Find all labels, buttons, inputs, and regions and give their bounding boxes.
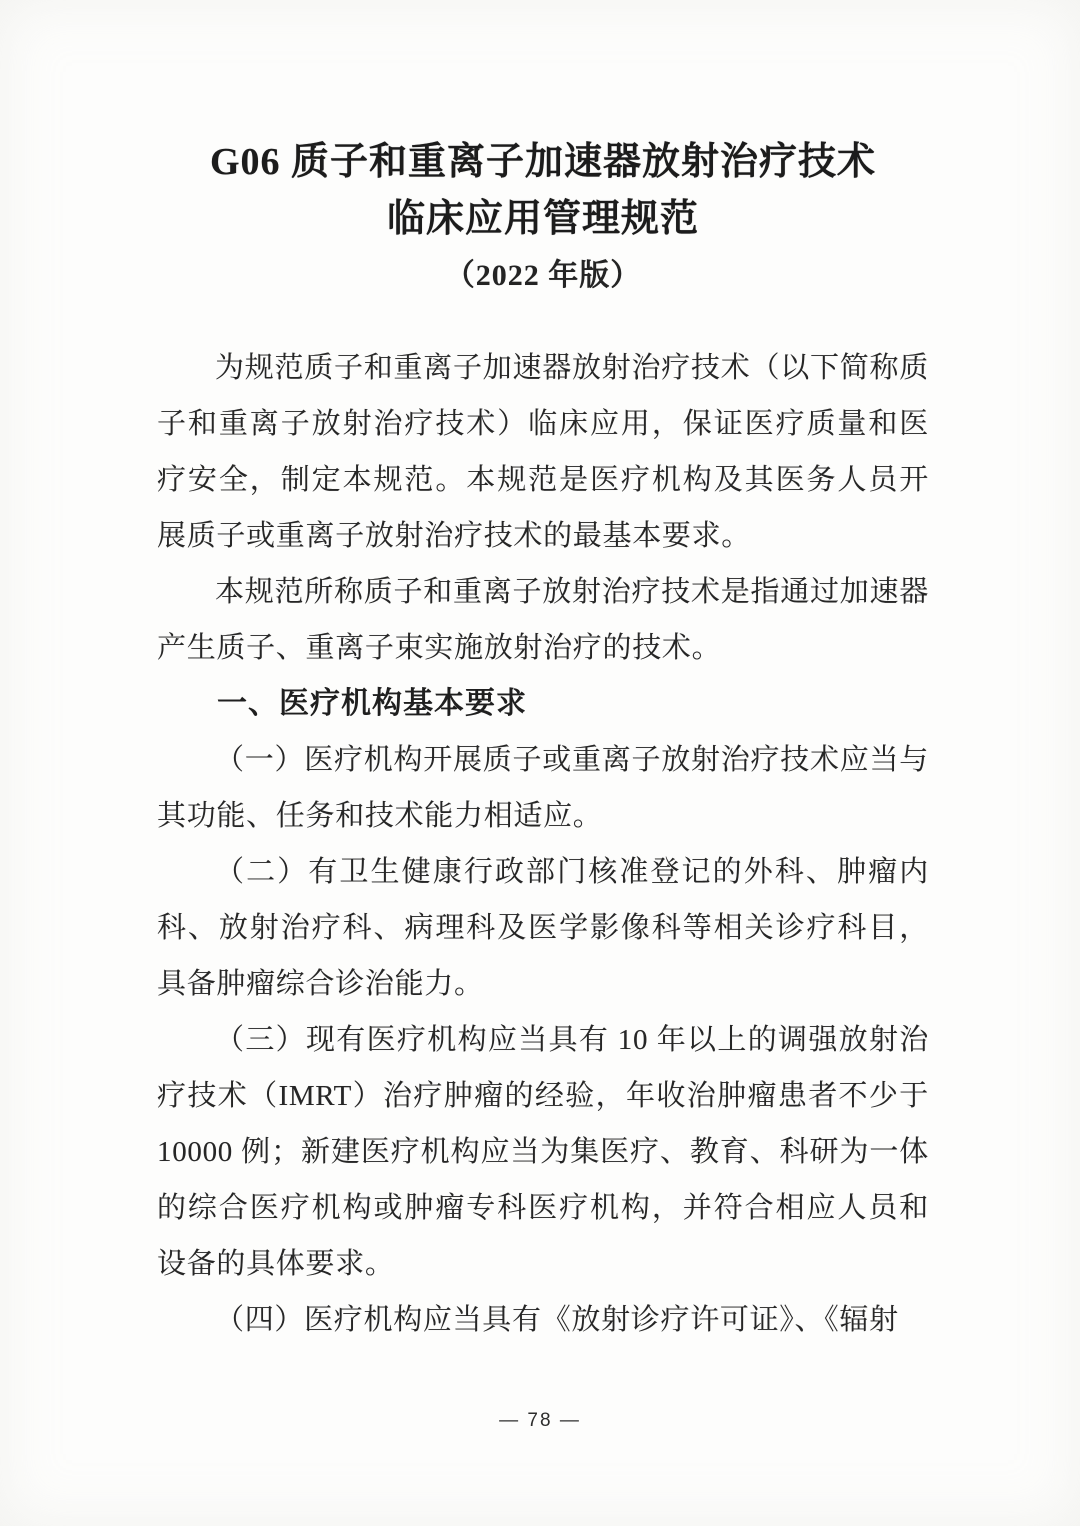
- document-title-line2: 临床应用管理规范: [157, 191, 929, 248]
- document-title-line1: G06 质子和重离子加速器放射治疗技术: [157, 134, 929, 191]
- paragraph-intro: 为规范质子和重离子加速器放射治疗技术（以下简称质子和重离子放射治疗技术）临床应用…: [157, 340, 929, 564]
- paragraph-item-2: （二）有卫生健康行政部门核准登记的外科、肿瘤内科、放射治疗科、病理科及医学影像科…: [157, 844, 929, 1012]
- document-page: G06 质子和重离子加速器放射治疗技术 临床应用管理规范 （2022 年版） 为…: [0, 0, 1080, 1526]
- document-body: G06 质子和重离子加速器放射治疗技术 临床应用管理规范 （2022 年版） 为…: [157, 134, 929, 1348]
- edition-label: （2022 年版）: [157, 256, 929, 296]
- paragraph-item-4: （四）医疗机构应当具有《放射诊疗许可证》、《辐射: [157, 1292, 929, 1348]
- document-text-block: 为规范质子和重离子加速器放射治疗技术（以下简称质子和重离子放射治疗技术）临床应用…: [157, 340, 929, 1348]
- paragraph-item-3: （三）现有医疗机构应当具有 10 年以上的调强放射治疗技术（IMRT）治疗肿瘤的…: [157, 1012, 929, 1292]
- paragraph-item-1: （一）医疗机构开展质子或重离子放射治疗技术应当与其功能、任务和技术能力相适应。: [157, 732, 929, 844]
- page-number: — 78 —: [0, 1410, 1080, 1432]
- document-title: G06 质子和重离子加速器放射治疗技术 临床应用管理规范: [157, 134, 929, 248]
- paragraph-definition: 本规范所称质子和重离子放射治疗技术是指通过加速器产生质子、重离子束实施放射治疗的…: [157, 564, 929, 676]
- section-heading-1: 一、医疗机构基本要求: [157, 676, 929, 732]
